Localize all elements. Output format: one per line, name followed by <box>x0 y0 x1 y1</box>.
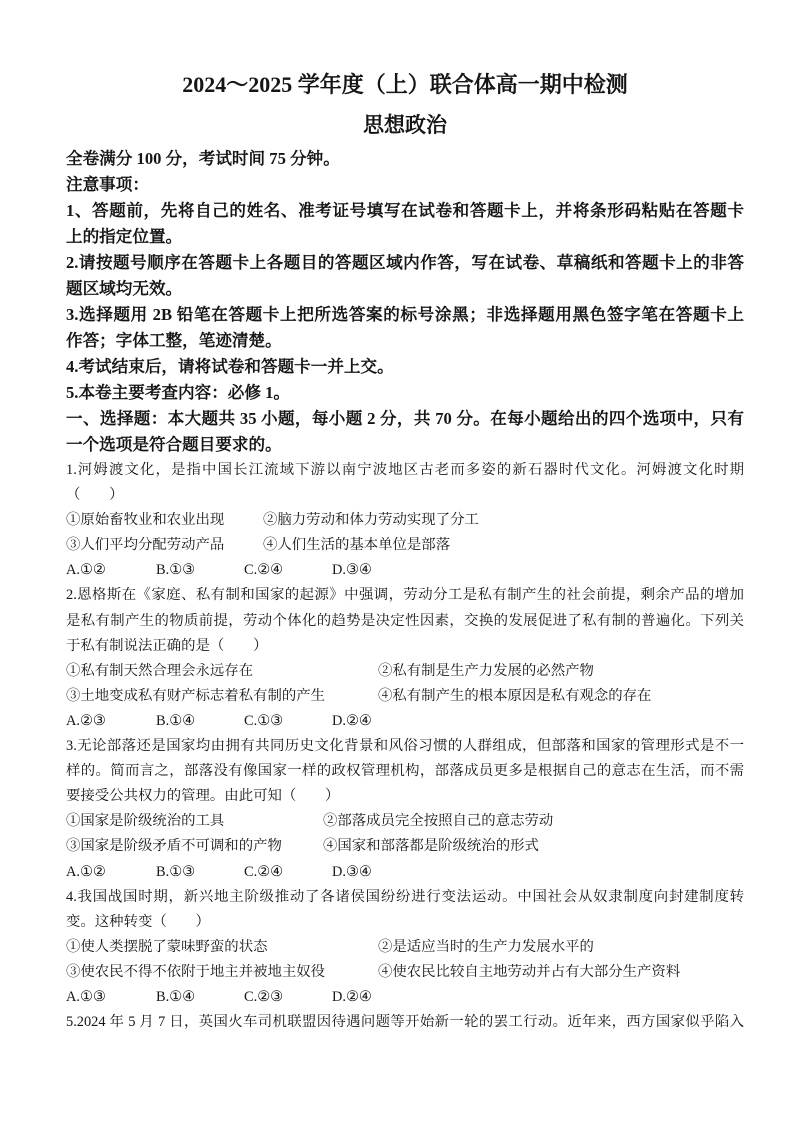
notice-3-line-2: 作答；字体工整，笔迹清楚。 <box>66 328 744 354</box>
q1-answers-row: A.①② B.①③ C.②④ D.③④ <box>66 558 744 583</box>
q1-option-1: ①原始畜牧业和农业出现 <box>66 512 224 528</box>
q4-options-row-1: ①使人类摆脱了蒙味野蛮的状态 ②是适应当时的生产力发展水平的 <box>66 935 744 960</box>
exam-title: 2024～2025 学年度（上）联合体高一期中检测 <box>66 68 744 102</box>
q4-answers-row: A.①③ B.①④ C.②③ D.②④ <box>66 985 744 1010</box>
q2-answers-row: A.②③ B.①④ C.①③ D.②④ <box>66 709 744 734</box>
notice-1-line-2: 上的指定位置。 <box>66 224 744 250</box>
q2-option-2: ②私有制是生产力发展的必然产物 <box>378 659 594 684</box>
q3-option-1: ①国家是阶级统治的工具 <box>66 813 224 829</box>
q3-stem-line-3: 要接受公共权力的管理。由此可知（ ） <box>66 784 744 809</box>
exam-document-page: 2024～2025 学年度（上）联合体高一期中检测 思想政治 全卷满分 100 … <box>0 0 794 1123</box>
notice-3-line-1: 3.选择题用 2B 铅笔在答题卡上把所选答案的标号涂黑；非选择题用黑色签字笔在答… <box>66 302 744 328</box>
q1-answer-d: D.③④ <box>332 558 372 583</box>
q1-option-2: ②脑力劳动和体力劳动实现了分工 <box>263 508 479 533</box>
q2-stem-line-1: 2.恩格斯在《家庭、私有制和国家的起源》中强调，劳动分工是私有制产生的社会前提，… <box>66 583 744 608</box>
q1-option-3: ③人们平均分配劳动产品 <box>66 537 224 553</box>
q4-option-2: ②是适应当时的生产力发展水平的 <box>378 935 594 960</box>
q2-stem-line-3: 于私有制说法正确的是（ ） <box>66 634 744 659</box>
q1-options-row-1: ①原始畜牧业和农业出现 ②脑力劳动和体力劳动实现了分工 <box>66 508 744 533</box>
q4-answer-c: C.②③ <box>244 985 283 1010</box>
q1-stem-line-2: （ ） <box>66 483 744 508</box>
q4-options-row-2: ③使农民不得不依附于地主并被地主奴役 ④使农民比较自主地劳动并占有大部分生产资料 <box>66 960 744 985</box>
q4-stem-line-1: 4.我国战国时期，新兴地主阶级推动了各诸侯国纷纷进行变法运动。中国社会从奴隶制度… <box>66 885 744 910</box>
q3-option-3: ③国家是阶级矛盾不可调和的产物 <box>66 838 282 854</box>
q1-answer-b: B.①③ <box>156 558 195 583</box>
q4-answer-a: A.①③ <box>66 985 106 1010</box>
q3-answer-a: A.①② <box>66 860 106 885</box>
q3-stem-line-1: 3.无论部落还是国家均由拥有共同历史文化背景和风俗习惯的人群组成，但部落和国家的… <box>66 734 744 759</box>
notice-heading: 注意事项： <box>66 172 744 198</box>
q1-option-4: ④人们生活的基本单位是部落 <box>263 533 450 558</box>
q2-answer-c: C.①③ <box>244 709 283 734</box>
q3-options-row-2: ③国家是阶级矛盾不可调和的产物 ④国家和部落都是阶级统治的形式 <box>66 834 744 859</box>
q4-option-1: ①使人类摆脱了蒙味野蛮的状态 <box>66 939 267 955</box>
notice-2-line-2: 题区域均无效。 <box>66 276 744 302</box>
notice-5-line-1: 5.本卷主要考查内容：必修 1。 <box>66 380 744 406</box>
notice-1-line-1: 1、答题前，先将自己的姓名、准考证号填写在试卷和答题卡上，并将条形码粘贴在答题卡 <box>66 198 744 224</box>
q2-stem-line-2: 是私有制产生的物质前提，劳动个体化的趋势是决定性因素，交换的发展促进了私有制的普… <box>66 609 744 634</box>
q4-option-3: ③使农民不得不依附于地主并被地主奴役 <box>66 964 325 980</box>
q1-options-row-2: ③人们平均分配劳动产品 ④人们生活的基本单位是部落 <box>66 533 744 558</box>
q3-answer-c: C.②④ <box>244 860 283 885</box>
notice-4-line-1: 4.考试结束后，请将试卷和答题卡一并上交。 <box>66 354 744 380</box>
q3-option-4: ④国家和部落都是阶级统治的形式 <box>323 834 539 859</box>
q3-answers-row: A.①② B.①③ C.②④ D.③④ <box>66 860 744 885</box>
q3-options-row-1: ①国家是阶级统治的工具 ②部落成员完全按照自己的意志劳动 <box>66 809 744 834</box>
q1-answer-a: A.①② <box>66 558 106 583</box>
q3-answer-b: B.①③ <box>156 860 195 885</box>
q2-answer-a: A.②③ <box>66 709 106 734</box>
q4-answer-d: D.②④ <box>332 985 372 1010</box>
q5-stem-line-1: 5.2024 年 5 月 7 日，英国火车司机联盟因待遇问题等开始新一轮的罢工行… <box>66 1010 744 1035</box>
q2-options-row-2: ③土地变成私有财产标志着私有制的产生 ④私有制产生的根本原因是私有观念的存在 <box>66 684 744 709</box>
q4-answer-b: B.①④ <box>156 985 195 1010</box>
q1-stem-line-1: 1.河姆渡文化，是指中国长江流域下游以南宁波地区古老而多姿的新石器时代文化。河姆… <box>66 458 744 483</box>
q3-option-2: ②部落成员完全按照自己的意志劳动 <box>323 809 553 834</box>
q3-answer-d: D.③④ <box>332 860 372 885</box>
q2-answer-d: D.②④ <box>332 709 372 734</box>
exam-subtitle: 思想政治 <box>66 110 744 140</box>
q3-stem-line-2: 样的。简而言之，部落没有像国家一样的政权管理机构，部落成员更多是根据自己的意志在… <box>66 759 744 784</box>
exam-meta-line: 全卷满分 100 分，考试时间 75 分钟。 <box>66 146 744 172</box>
notice-2-line-1: 2.请按题号顺序在答题卡上各题目的答题区域内作答，写在试卷、草稿纸和答题卡上的非… <box>66 250 744 276</box>
section-heading-line-1: 一、选择题：本大题共 35 小题，每小题 2 分，共 70 分。在每小题给出的四… <box>66 406 744 432</box>
q2-option-4: ④私有制产生的根本原因是私有观念的存在 <box>378 684 651 709</box>
q1-answer-c: C.②④ <box>244 558 283 583</box>
q2-options-row-1: ①私有制天然合理会永远存在 ②私有制是生产力发展的必然产物 <box>66 659 744 684</box>
q4-option-4: ④使农民比较自主地劳动并占有大部分生产资料 <box>378 960 680 985</box>
q4-stem-line-2: 变。这种转变（ ） <box>66 910 744 935</box>
q2-answer-b: B.①④ <box>156 709 195 734</box>
q2-option-1: ①私有制天然合理会永远存在 <box>66 663 253 679</box>
q2-option-3: ③土地变成私有财产标志着私有制的产生 <box>66 688 325 704</box>
section-heading-line-2: 一个选项是符合题目要求的。 <box>66 432 744 458</box>
